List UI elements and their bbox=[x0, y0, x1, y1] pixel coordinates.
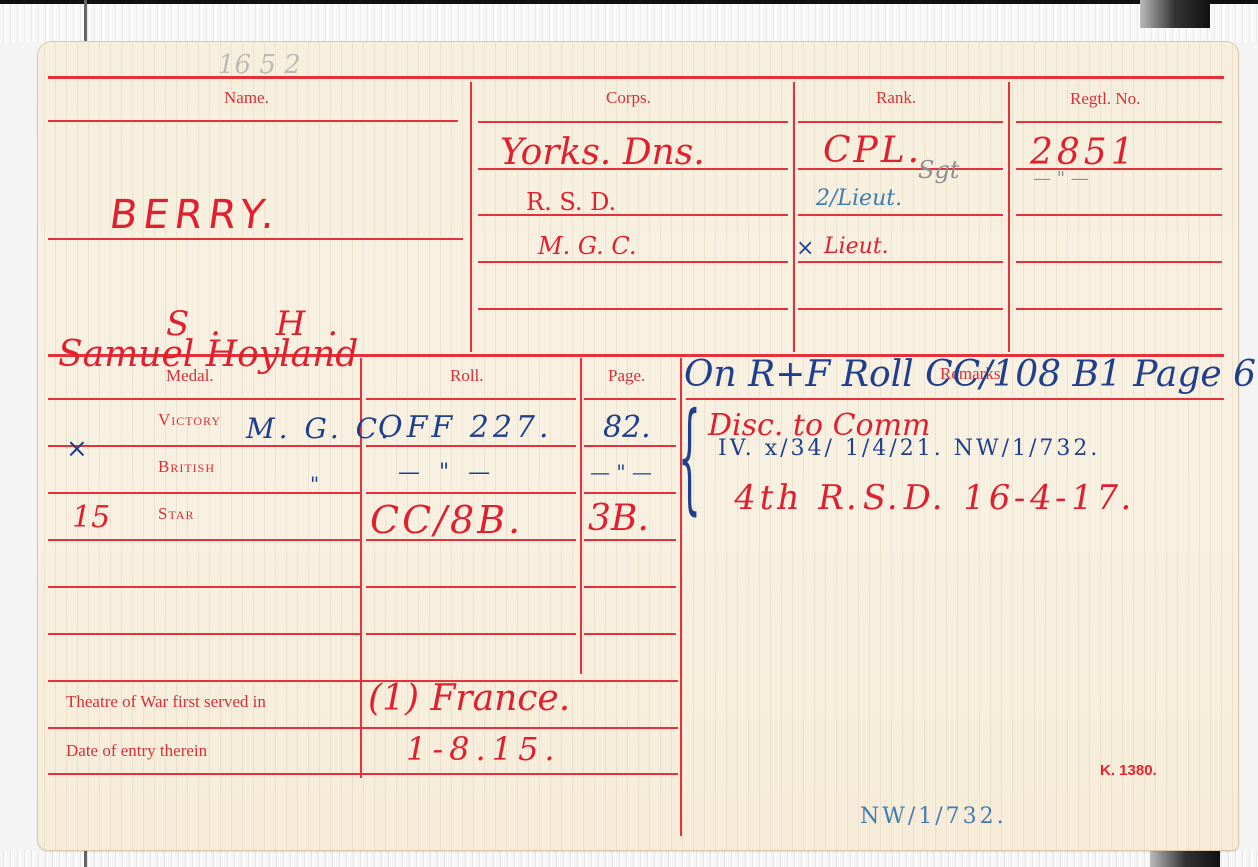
surname: BERRY. bbox=[107, 192, 284, 238]
form-number: K. 1380. bbox=[1100, 762, 1157, 779]
header-corps: Corps. bbox=[606, 88, 651, 108]
scan-shadow-top-right bbox=[1140, 0, 1210, 28]
medal-british-roll: — " — bbox=[398, 460, 496, 485]
scan-edge-left-bottom bbox=[84, 850, 87, 867]
medal-label-british: British bbox=[158, 457, 215, 477]
regtl-pencil-ditto: — " — bbox=[1033, 168, 1089, 189]
header-roll: Roll. bbox=[450, 366, 484, 386]
entry-date-value: 1-8.15. bbox=[406, 730, 561, 768]
forenames: Samuel Hoyland bbox=[58, 334, 358, 375]
medal-british-page: — " — bbox=[590, 460, 652, 484]
corps-3: M. G. C. bbox=[538, 232, 637, 260]
medal-victory-mark: × bbox=[66, 434, 88, 464]
medal-label-victory: Victory bbox=[158, 410, 221, 430]
pencil-top-mark: 16 5 2 bbox=[218, 50, 301, 80]
medal-star-page: 3B. bbox=[588, 498, 649, 539]
scan-border-top bbox=[0, 0, 1258, 42]
bottom-reference: NW/1/732. bbox=[860, 804, 1007, 829]
medal-victory-unit: M. G. C. bbox=[246, 412, 393, 445]
remarks-line-1: On R+F Roll CC/108 B1 Page 6. bbox=[684, 354, 1258, 395]
rank-x-mark: × bbox=[796, 236, 814, 261]
rank-2: 2/Lieut. bbox=[816, 186, 902, 211]
theatre-label: Theatre of War first served in bbox=[66, 692, 266, 712]
rank-1: CPL. bbox=[823, 130, 922, 171]
corps-1: Yorks. Dns. bbox=[500, 132, 705, 173]
medal-star-roll: CC/8B. bbox=[370, 498, 523, 542]
scan-edge-left bbox=[84, 0, 87, 48]
corps-2: R. S. D. bbox=[526, 188, 616, 216]
remarks-line-2-blue: IV. x/34/ 1/4/21. NW/1/732. bbox=[718, 436, 1100, 461]
scan-shadow-bottom-right bbox=[1150, 850, 1220, 867]
medal-label-star: Star bbox=[158, 504, 195, 524]
medal-index-card: Name. Corps. Rank. Regtl. No. Medal. Rol… bbox=[38, 42, 1238, 850]
header-page: Page. bbox=[608, 366, 645, 386]
entry-date-label: Date of entry therein bbox=[66, 741, 207, 761]
rank-3: Lieut. bbox=[824, 234, 889, 259]
medal-british-unit: " bbox=[310, 472, 319, 496]
scan-border-bottom bbox=[0, 850, 1258, 867]
regtl-number: 2851 bbox=[1030, 132, 1138, 173]
header-name: Name. bbox=[224, 88, 269, 108]
theatre-value: (1) France. bbox=[368, 678, 570, 719]
medal-star-mark: 15 bbox=[72, 500, 110, 535]
medal-victory-page: 82. bbox=[603, 410, 651, 445]
rank-pencil-note: Sgt bbox=[918, 156, 959, 184]
remarks-brace-icon: { bbox=[678, 398, 701, 518]
header-rank: Rank. bbox=[876, 88, 916, 108]
medal-victory-roll: OFF 227. bbox=[378, 410, 553, 445]
remarks-line-3: 4th R.S.D. 16-4-17. bbox=[730, 478, 1140, 518]
header-regtl-no: Regtl. No. bbox=[1070, 89, 1140, 109]
